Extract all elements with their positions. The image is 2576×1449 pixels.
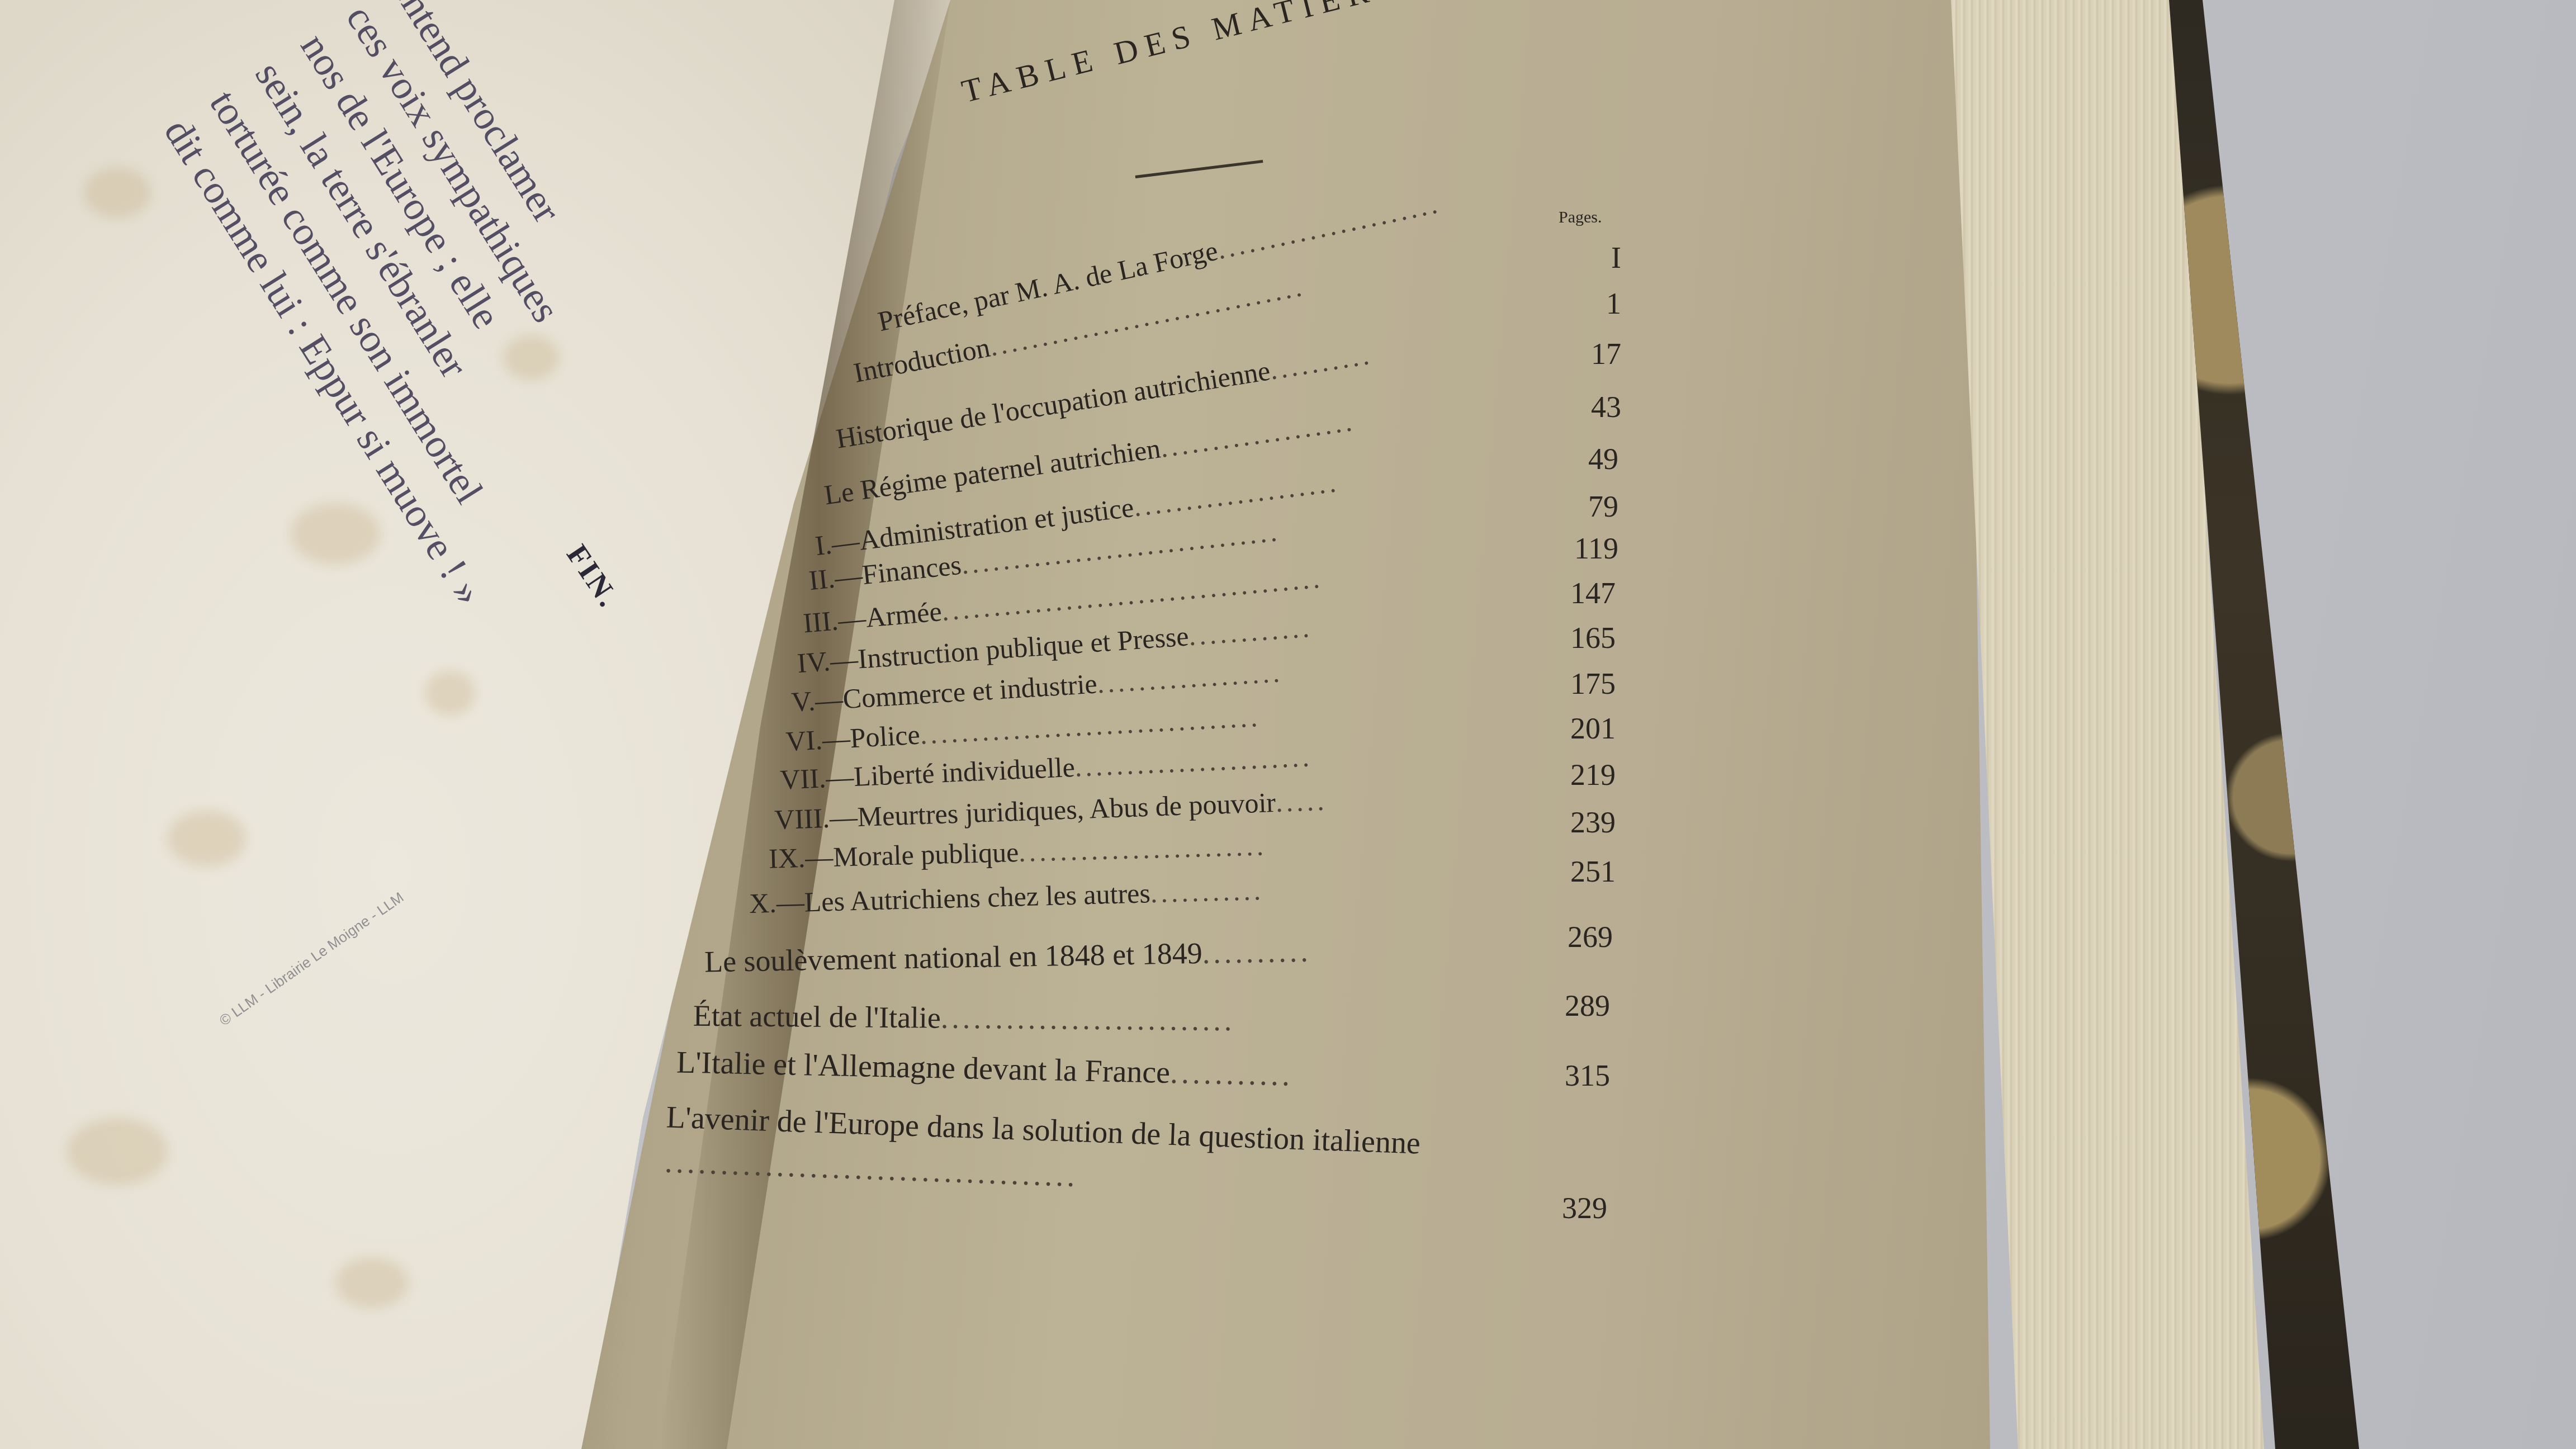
toc-page-number: I [1554,240,1621,275]
toc-page-number: 239 [1549,805,1616,840]
toc-page-number: 17 [1554,337,1621,371]
toc-entry: X.—Les Autrichiens chez les autres......… [749,874,1265,920]
toc-page-number: 315 [1543,1058,1610,1093]
toc-page-number: 219 [1549,757,1616,792]
toc-entry: IX.—Morale publique.....................… [768,829,1267,874]
toc-page-number: 269 [1546,920,1613,954]
toc-page-number: 165 [1549,621,1616,655]
toc-page-number: 289 [1543,988,1610,1023]
title-rule [1135,160,1263,178]
toc-entry: État actuel de l'Italie.................… [693,998,1235,1038]
book-photo-scene: entend proclamer ces voix sympathiques n… [0,0,2576,1449]
toc-page-number: 329 [1540,1191,1607,1225]
toc-page-number: 251 [1549,854,1616,889]
toc-entry: L'avenir de l'Europe dans la solution de… [664,1095,1517,1214]
toc-page-number: 175 [1549,666,1616,701]
toc-page-number: 1 [1554,286,1621,321]
toc-page-number: 79 [1551,489,1618,524]
pages-header: Pages. [1559,208,1602,227]
toc-entry: L'Italie et l'Allemagne devant la France… [676,1044,1293,1093]
toc-page-number: 147 [1549,576,1616,610]
toc-page-number: 119 [1551,531,1618,566]
toc-page-number: 201 [1549,711,1616,746]
toc-title: TABLE DES MATIÈRES. [958,0,1447,110]
toc-page-number: 49 [1551,442,1618,476]
toc-entry: Le soulèvement national en 1848 et 1849.… [704,934,1312,979]
toc-page-number: 43 [1554,390,1621,424]
